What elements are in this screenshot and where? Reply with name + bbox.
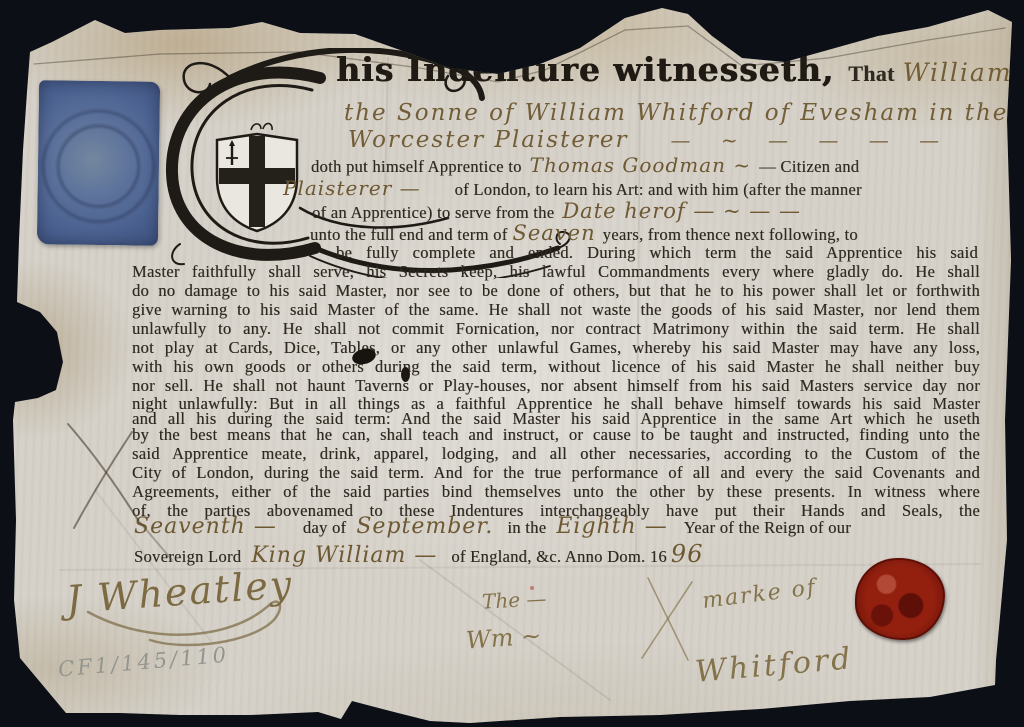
signature-flourish [88,602,280,645]
parchment-sheet: 4 [0,0,1024,727]
red-ink-speck [530,586,534,590]
witness-x-mark [642,578,692,660]
page-number: 4 [549,24,568,59]
creases-and-ink-marks [0,0,1024,727]
photograph-of-indenture: 4 [0,0,1024,727]
crease-lines [60,58,980,700]
top-fold-line [34,26,1005,82]
ink-cross-mark [68,424,172,560]
